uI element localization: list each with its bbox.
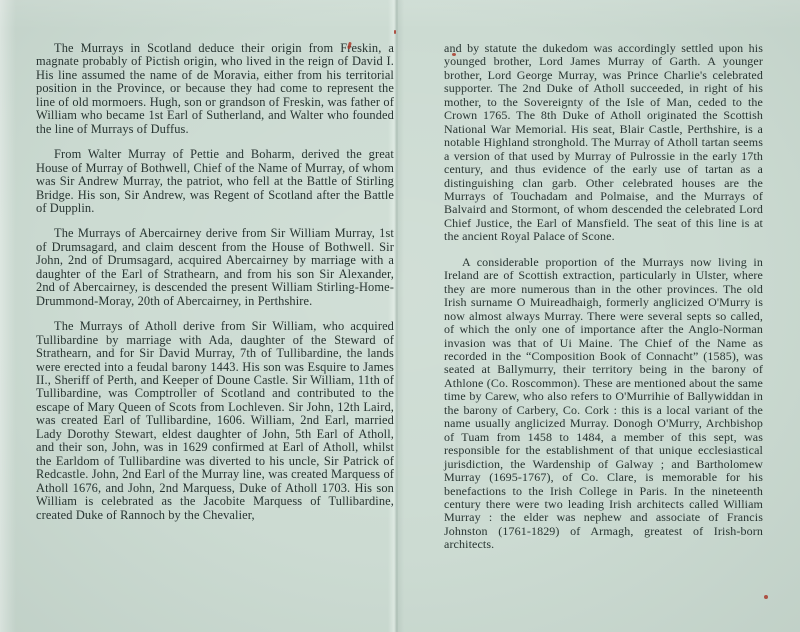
right-page-text-column: and by statute the dukedom was according…: [444, 42, 763, 564]
paragraph: The Murrays of Abercairney derive from S…: [36, 227, 394, 308]
paragraph: From Walter Murray of Pettie and Boharm,…: [36, 148, 394, 215]
paragraph: A considerable proportion of the Murrays…: [444, 256, 763, 552]
paragraph: and by statute the dukedom was according…: [444, 42, 763, 244]
paragraph: The Murrays of Atholl derive from Sir Wi…: [36, 320, 394, 522]
left-page-text-column: The Murrays in Scotland deduce their ori…: [36, 42, 394, 534]
paragraph: The Murrays in Scotland deduce their ori…: [36, 42, 394, 136]
red-ink-speck: [764, 595, 768, 599]
red-ink-speck: [394, 30, 396, 34]
scanned-booklet-spread: { "document": { "kind": "scanned two-pag…: [0, 0, 800, 632]
